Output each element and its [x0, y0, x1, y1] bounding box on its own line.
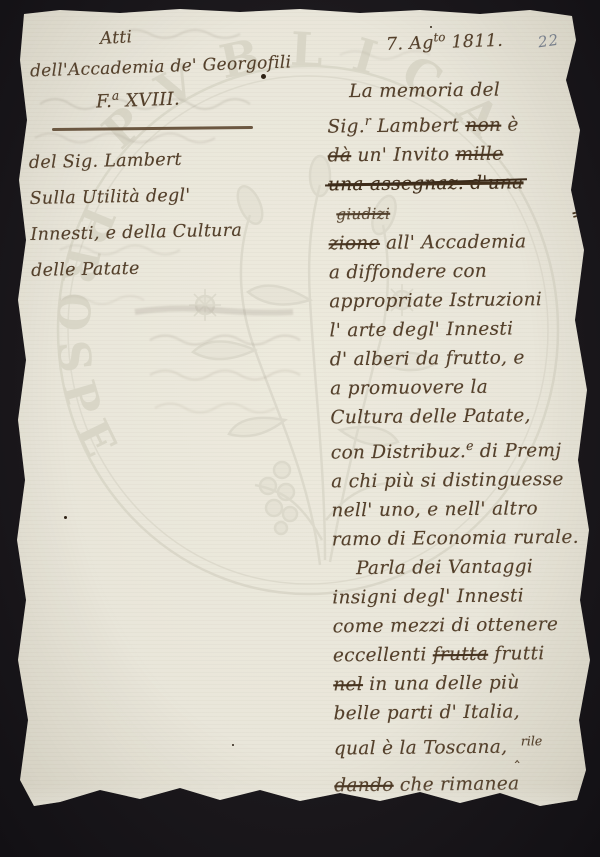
manuscript-line: appropriate Istruzioni [329, 285, 595, 317]
manuscript-line: delle Patate [31, 247, 322, 289]
manuscript-line: Parla dei Vantaggi [332, 552, 598, 584]
date-line: 7. Agto 1811. [386, 28, 504, 55]
manuscript-line: Innesti, e della Cultura [30, 211, 321, 253]
struck-text-segment: zione [329, 233, 380, 255]
text-segment: nell' uno, e nell' altro [331, 499, 538, 522]
ink-speck [430, 26, 432, 28]
archive-heading-line2: dell'Accademia de' Georgofili [30, 52, 292, 81]
ink-speck [232, 744, 234, 746]
text-segment: del Sig. Lambert [29, 150, 182, 173]
text-segment: un' Invito [351, 144, 456, 166]
manuscript-line: d' alberi da frutto, e [330, 343, 596, 375]
text-segment: d' alberi da frutto, e [330, 348, 525, 371]
text-segment: come mezzi di ottenere [333, 614, 559, 637]
text-segment: insigni degl' Innesti [332, 586, 524, 609]
manuscript-line: insigni degl' Innesti [332, 581, 598, 613]
text-segment: è [501, 115, 519, 136]
text-segment: appropriate Istruzioni [329, 289, 542, 312]
manuscript-line: l' arte degl' Innesti [329, 314, 595, 346]
manuscript-line: nell' uno, e nell' altro [331, 494, 597, 526]
text-segment: l' arte degl' Innesti [329, 319, 513, 342]
text-segment: 7. Ag [386, 33, 434, 55]
text-segment: Sulla Utilità degl' [29, 186, 190, 209]
manuscript-line: La memoria del [327, 75, 593, 107]
text-segment: Sig. [327, 116, 365, 137]
text-segment: frutti [488, 643, 545, 665]
ink-speck [261, 74, 266, 79]
heading-rule [52, 126, 253, 131]
manuscript-line: trascurata, o poco conosciu [334, 798, 600, 830]
text-segment: di Premj [474, 440, 562, 462]
manuscript-line: con Distribuz.e di Premj [331, 430, 597, 468]
text-segment: La memoria del [349, 80, 500, 103]
text-segment: rile [521, 734, 543, 749]
text-segment: a promuovere la [330, 377, 488, 400]
struck-text-segment: nel [333, 674, 363, 695]
archive-heading-line1: Atti [99, 27, 132, 49]
manuscript-line: a promuovere la [330, 372, 596, 404]
struck-text-segment: una assegnaz. d'una [328, 173, 524, 196]
manuscript-line: giudizi [328, 197, 594, 230]
manuscript-line: Sulla Utilità degl' [29, 175, 320, 217]
manuscript-line: del Sig. Lambert [29, 139, 320, 181]
text-segment: eccellenti [333, 645, 433, 667]
text-segment: ramo di Economia rurale. [332, 527, 579, 551]
manuscript-body: La memoria delSig.r Lambert non èdà un' … [327, 75, 600, 857]
page-number-pencil: 22 [537, 31, 560, 52]
text-segment: che rimanea [394, 774, 520, 796]
text-segment: all' Accademia [380, 231, 527, 254]
text-segment: delle Patate [31, 259, 140, 281]
manuscript-line: Sig.r Lambert non è [327, 104, 593, 142]
manuscript-line: a diffondere con [329, 256, 595, 288]
text-segment: ‸ [515, 747, 521, 764]
manuscript-line: qual è la Toscana, ‸rile [334, 726, 600, 772]
manuscript-line: dà un' Invito mille [328, 139, 594, 171]
struck-text-segment: mille [455, 144, 503, 165]
text-segment: F. [96, 91, 113, 113]
text-segment: a chi più si distinguesse [331, 469, 564, 492]
text-segment: Lambert [371, 115, 466, 137]
manuscript-line: nel in una delle più [333, 668, 599, 700]
struck-text-segment: non [465, 115, 501, 136]
manuscript-line: zione all' Accademia [329, 227, 595, 259]
text-segment: con Distribuz. [331, 441, 467, 463]
manuscript-line: ta in generale quest' arte [335, 827, 600, 857]
struck-text-segment: frutta [433, 644, 489, 666]
photo-background: PVBLICA PROSPE [0, 0, 600, 857]
text-segment: Innesti, e della Cultura [30, 221, 242, 245]
text-segment: 1811. [445, 31, 503, 53]
ink-speck [64, 516, 67, 519]
manuscript-line: dando che rimanea [334, 769, 600, 801]
text-segment: trascurata, o poco conosciu [335, 802, 600, 826]
text-segment: XVIII. [119, 89, 180, 112]
manuscript-line: come mezzi di ottenere [333, 610, 599, 642]
archive-heading-line3: F.a XVIII. [96, 87, 181, 113]
text-segment: qual è la Toscana, [334, 737, 514, 760]
text-segment: Cultura delle Patate, [330, 405, 530, 428]
manuscript-line: belle parti d' Italia, [333, 697, 599, 729]
struck-text-segment: dando [334, 775, 393, 797]
manuscript-line: Cultura delle Patate, [330, 401, 596, 433]
manuscript-line: una assegnaz. d'una [328, 168, 594, 200]
struck-text-segment: dà [328, 145, 352, 166]
manuscript-line: a chi più si distinguesse [331, 465, 597, 497]
text-segment: belle parti d' Italia, [333, 702, 520, 725]
text-segment: to [433, 30, 445, 44]
text-segment: a diffondere con [329, 261, 487, 284]
manuscript-line: ramo di Economia rurale. [332, 523, 598, 555]
margin-summary: del Sig. LambertSulla Utilità degl'Innes… [29, 139, 322, 289]
text-segment: ta in generale quest' arte [335, 831, 580, 855]
struck-text-segment: giudizi [336, 205, 390, 224]
manuscript-page: PVBLICA PROSPE [0, 0, 600, 857]
text-segment: in una delle più [363, 673, 520, 696]
text-segment: e [466, 438, 474, 453]
text-segment: Parla dei Vantaggi [356, 557, 533, 580]
manuscript-line: eccellenti frutta frutti [333, 639, 599, 671]
